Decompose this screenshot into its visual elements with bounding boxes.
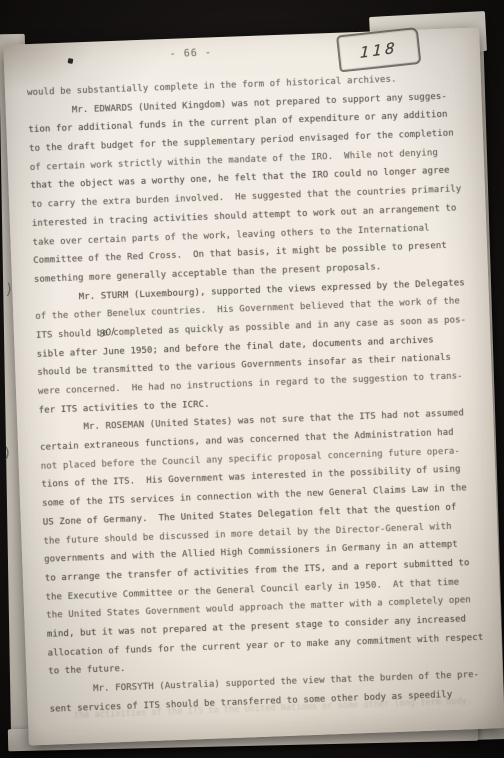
ink-dot (68, 58, 74, 64)
page-number: - 66 - (170, 47, 212, 60)
typewritten-text-block: would be substantially complete in the f… (27, 68, 490, 719)
stamp-number: 118 (360, 38, 398, 61)
photographed-archive-document: - 66 - 118 would be substantially comple… (0, 0, 504, 758)
archive-number-stamp: 118 (336, 27, 421, 73)
document-page: - 66 - 118 would be substantially comple… (3, 28, 504, 746)
pencil-margin-mark: ) (4, 444, 10, 462)
pencil-margin-mark: ) (6, 280, 13, 298)
